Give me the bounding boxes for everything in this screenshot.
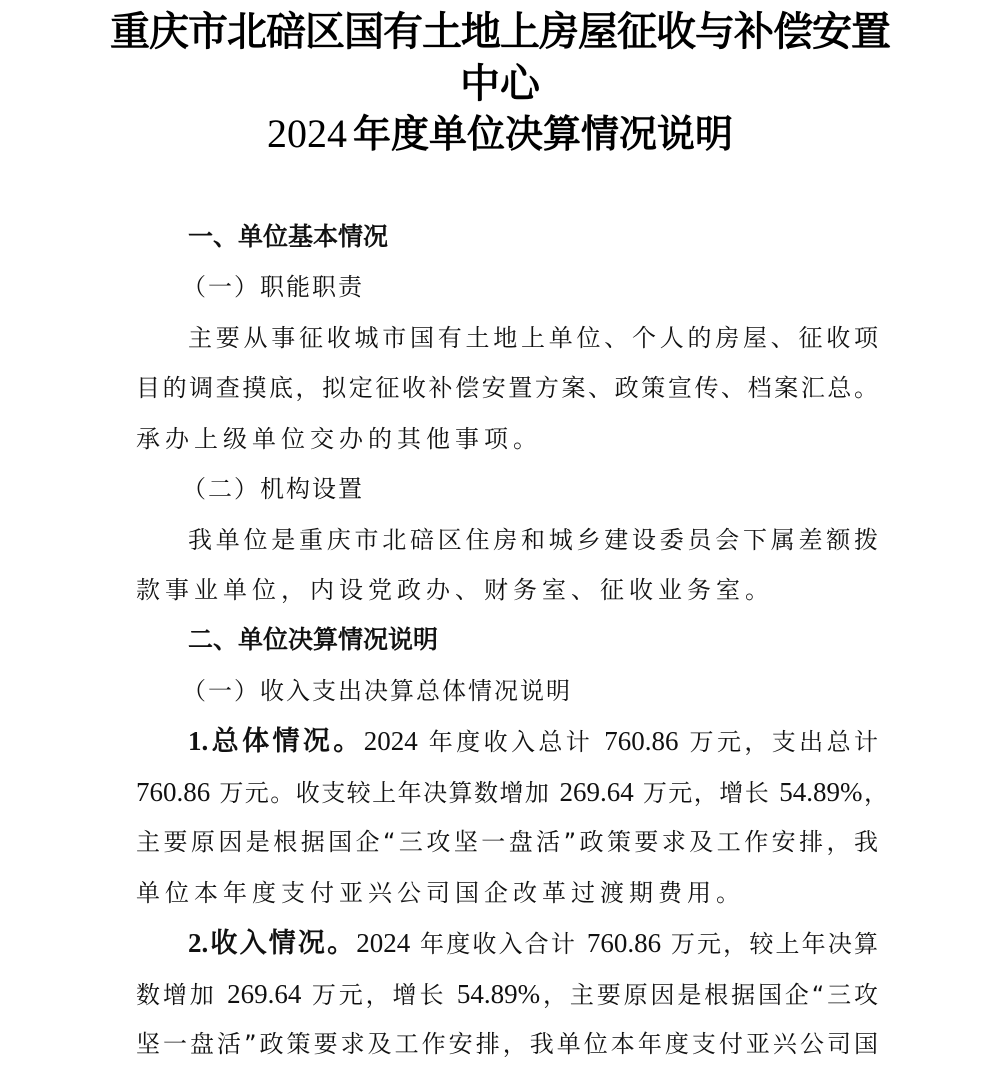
subsection-heading-functions: （一）职能职责 (182, 270, 364, 304)
section-heading-basic-info: 一、单位基本情况 (188, 220, 388, 254)
paragraph-line: 款事业单位，内设党政办、财务室、征收业务室。 (136, 573, 774, 607)
document-page: 重庆市北碚区国有土地上房屋征收与补偿安置 中心 2024年度单位决算情况说明 一… (0, 0, 1000, 1068)
paragraph-line-income: 2.收入情况。2024 年度收入合计 760.86 万元，较上年决算 (188, 926, 878, 961)
document-title-line-1: 重庆市北碚区国有土地上房屋征收与补偿安置 (0, 6, 1000, 58)
paragraph-line: 坚一盘活”政策要求及工作安排，我单位本年度支付亚兴公司国 (136, 1027, 878, 1061)
document-title-line-3: 2024年度单位决算情况说明 (0, 108, 1000, 160)
paragraph-line: 单位本年度支付亚兴公司国企改革过渡期费用。 (136, 876, 745, 910)
paragraph-line-overall: 1.总体情况。2024 年度收入总计 760.86 万元，支出总计 (188, 724, 878, 759)
paragraph-line: 主要原因是根据国企“三攻坚一盘活”政策要求及工作安排，我 (136, 825, 878, 859)
document-title-line-2: 中心 (0, 58, 1000, 110)
section-heading-final-accounts: 二、单位决算情况说明 (188, 623, 438, 657)
subsection-heading-organization: （二）机构设置 (182, 472, 364, 506)
item-lead-income: 2.收入情况。 (188, 930, 356, 958)
paragraph-line: 承办上级单位交办的其他事项。 (136, 422, 542, 456)
title-subtitle: 年度单位决算情况说明 (353, 112, 733, 156)
paragraph-line: 目的调查摸底，拟定征收补偿安置方案、政策宣传、档案汇总。 (136, 371, 878, 405)
paragraph-line: 我单位是重庆市北碚区住房和城乡建设委员会下属差额拨 (188, 523, 878, 557)
paragraph-line: 主要从事征收城市国有土地上单位、个人的房屋、征收项 (188, 321, 878, 355)
subsection-heading-income-expenditure: （一）收入支出决算总体情况说明 (182, 674, 572, 708)
item-lead-overall: 1.总体情况。 (188, 728, 364, 756)
paragraph-line: 数增加 269.64 万元，增长 54.89%，主要原因是根据国企“三攻 (136, 977, 878, 1012)
paragraph-line: 760.86 万元。收支较上年决算数增加 269.64 万元，增长 54.89%… (136, 775, 888, 810)
title-year: 2024 (267, 111, 347, 156)
